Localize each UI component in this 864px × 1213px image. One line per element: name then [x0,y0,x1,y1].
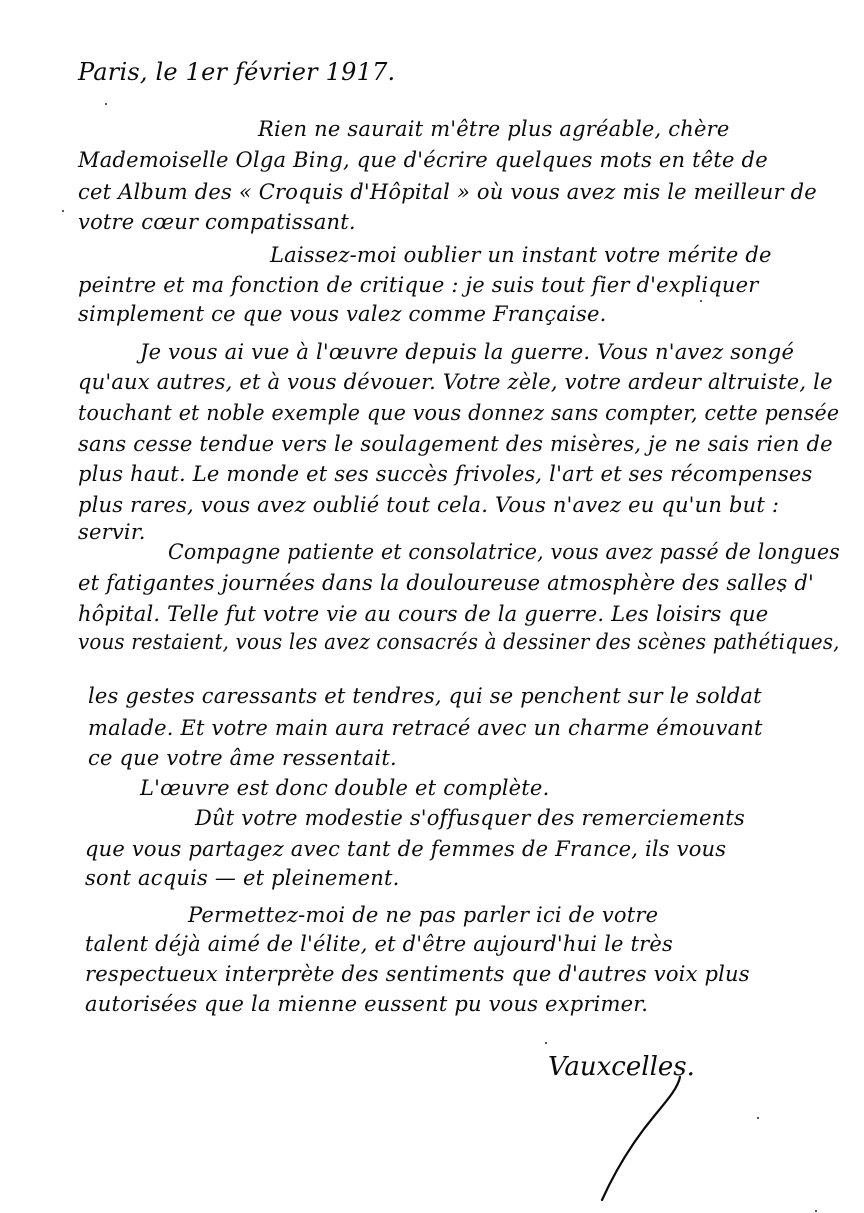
letter-line: servir. [78,520,146,544]
letter-line: Permettez-moi de ne pas parler ici de vo… [188,903,658,927]
letter-line: peintre et ma fonction de critique : je … [78,273,759,297]
scan-speck [700,300,702,302]
letter-line: respectueux interprète des sentiments qu… [85,962,750,986]
letter-line: L'œuvre est donc double et complète. [140,776,549,800]
letter-line: Mademoiselle Olga Bing, que d'écrire que… [78,148,768,172]
letter-line: les gestes caressants et tendres, qui se… [88,684,762,708]
scan-speck [62,210,64,212]
letter-line: talent déjà aimé de l'élite, et d'être a… [85,932,673,956]
letter-line: qu'aux autres, et à vous dévouer. Votre … [78,370,833,394]
letter-line: Je vous ai vue à l'œuvre depuis la guerr… [140,340,794,364]
letter-line: cet Album des « Croquis d'Hôpital » où v… [78,180,817,204]
letter-line: ce que votre âme ressentait. [88,746,397,770]
letter-line: Compagne patiente et consolatrice, vous … [168,540,840,564]
letter-line: malade. Et votre main aura retracé avec … [88,716,763,740]
date-line: Paris, le 1er février 1917. [78,58,395,86]
scan-speck [105,103,107,105]
letter-line: plus rares, vous avez oublié tout cela. … [78,493,779,517]
letter-line: plus haut. Le monde et ses succès frivol… [78,462,813,486]
letter-line: sont acquis — et pleinement. [85,866,400,890]
letter-line: et fatigantes journées dans la douloureu… [78,571,814,595]
letter-line: votre cœur compatissant. [78,210,356,234]
scan-speck [780,590,782,592]
letter-line: Rien ne saurait m'être plus agréable, ch… [258,117,730,141]
letter-line: autorisées que la mienne eussent pu vous… [85,992,648,1016]
letter-page: Paris, le 1er février 1917. Rien ne saur… [0,0,864,1213]
signature-flourish-icon [600,1075,720,1205]
letter-line: que vous partagez avec tant de femmes de… [85,837,726,861]
scan-speck [757,1117,759,1119]
letter-line: touchant et noble exemple que vous donne… [78,401,839,425]
letter-line: simplement ce que vous valez comme Franç… [78,302,607,326]
letter-line: vous restaient, vous les avez consacrés … [78,630,840,654]
scan-speck [545,1042,547,1044]
letter-line: Laissez-moi oublier un instant votre mér… [270,243,772,267]
scan-speck [815,1210,817,1212]
letter-line: hôpital. Telle fut votre vie au cours de… [78,602,768,626]
letter-line: sans cesse tendue vers le soulagement de… [78,432,833,456]
letter-line: Dût votre modestie s'offusquer des remer… [195,806,745,830]
